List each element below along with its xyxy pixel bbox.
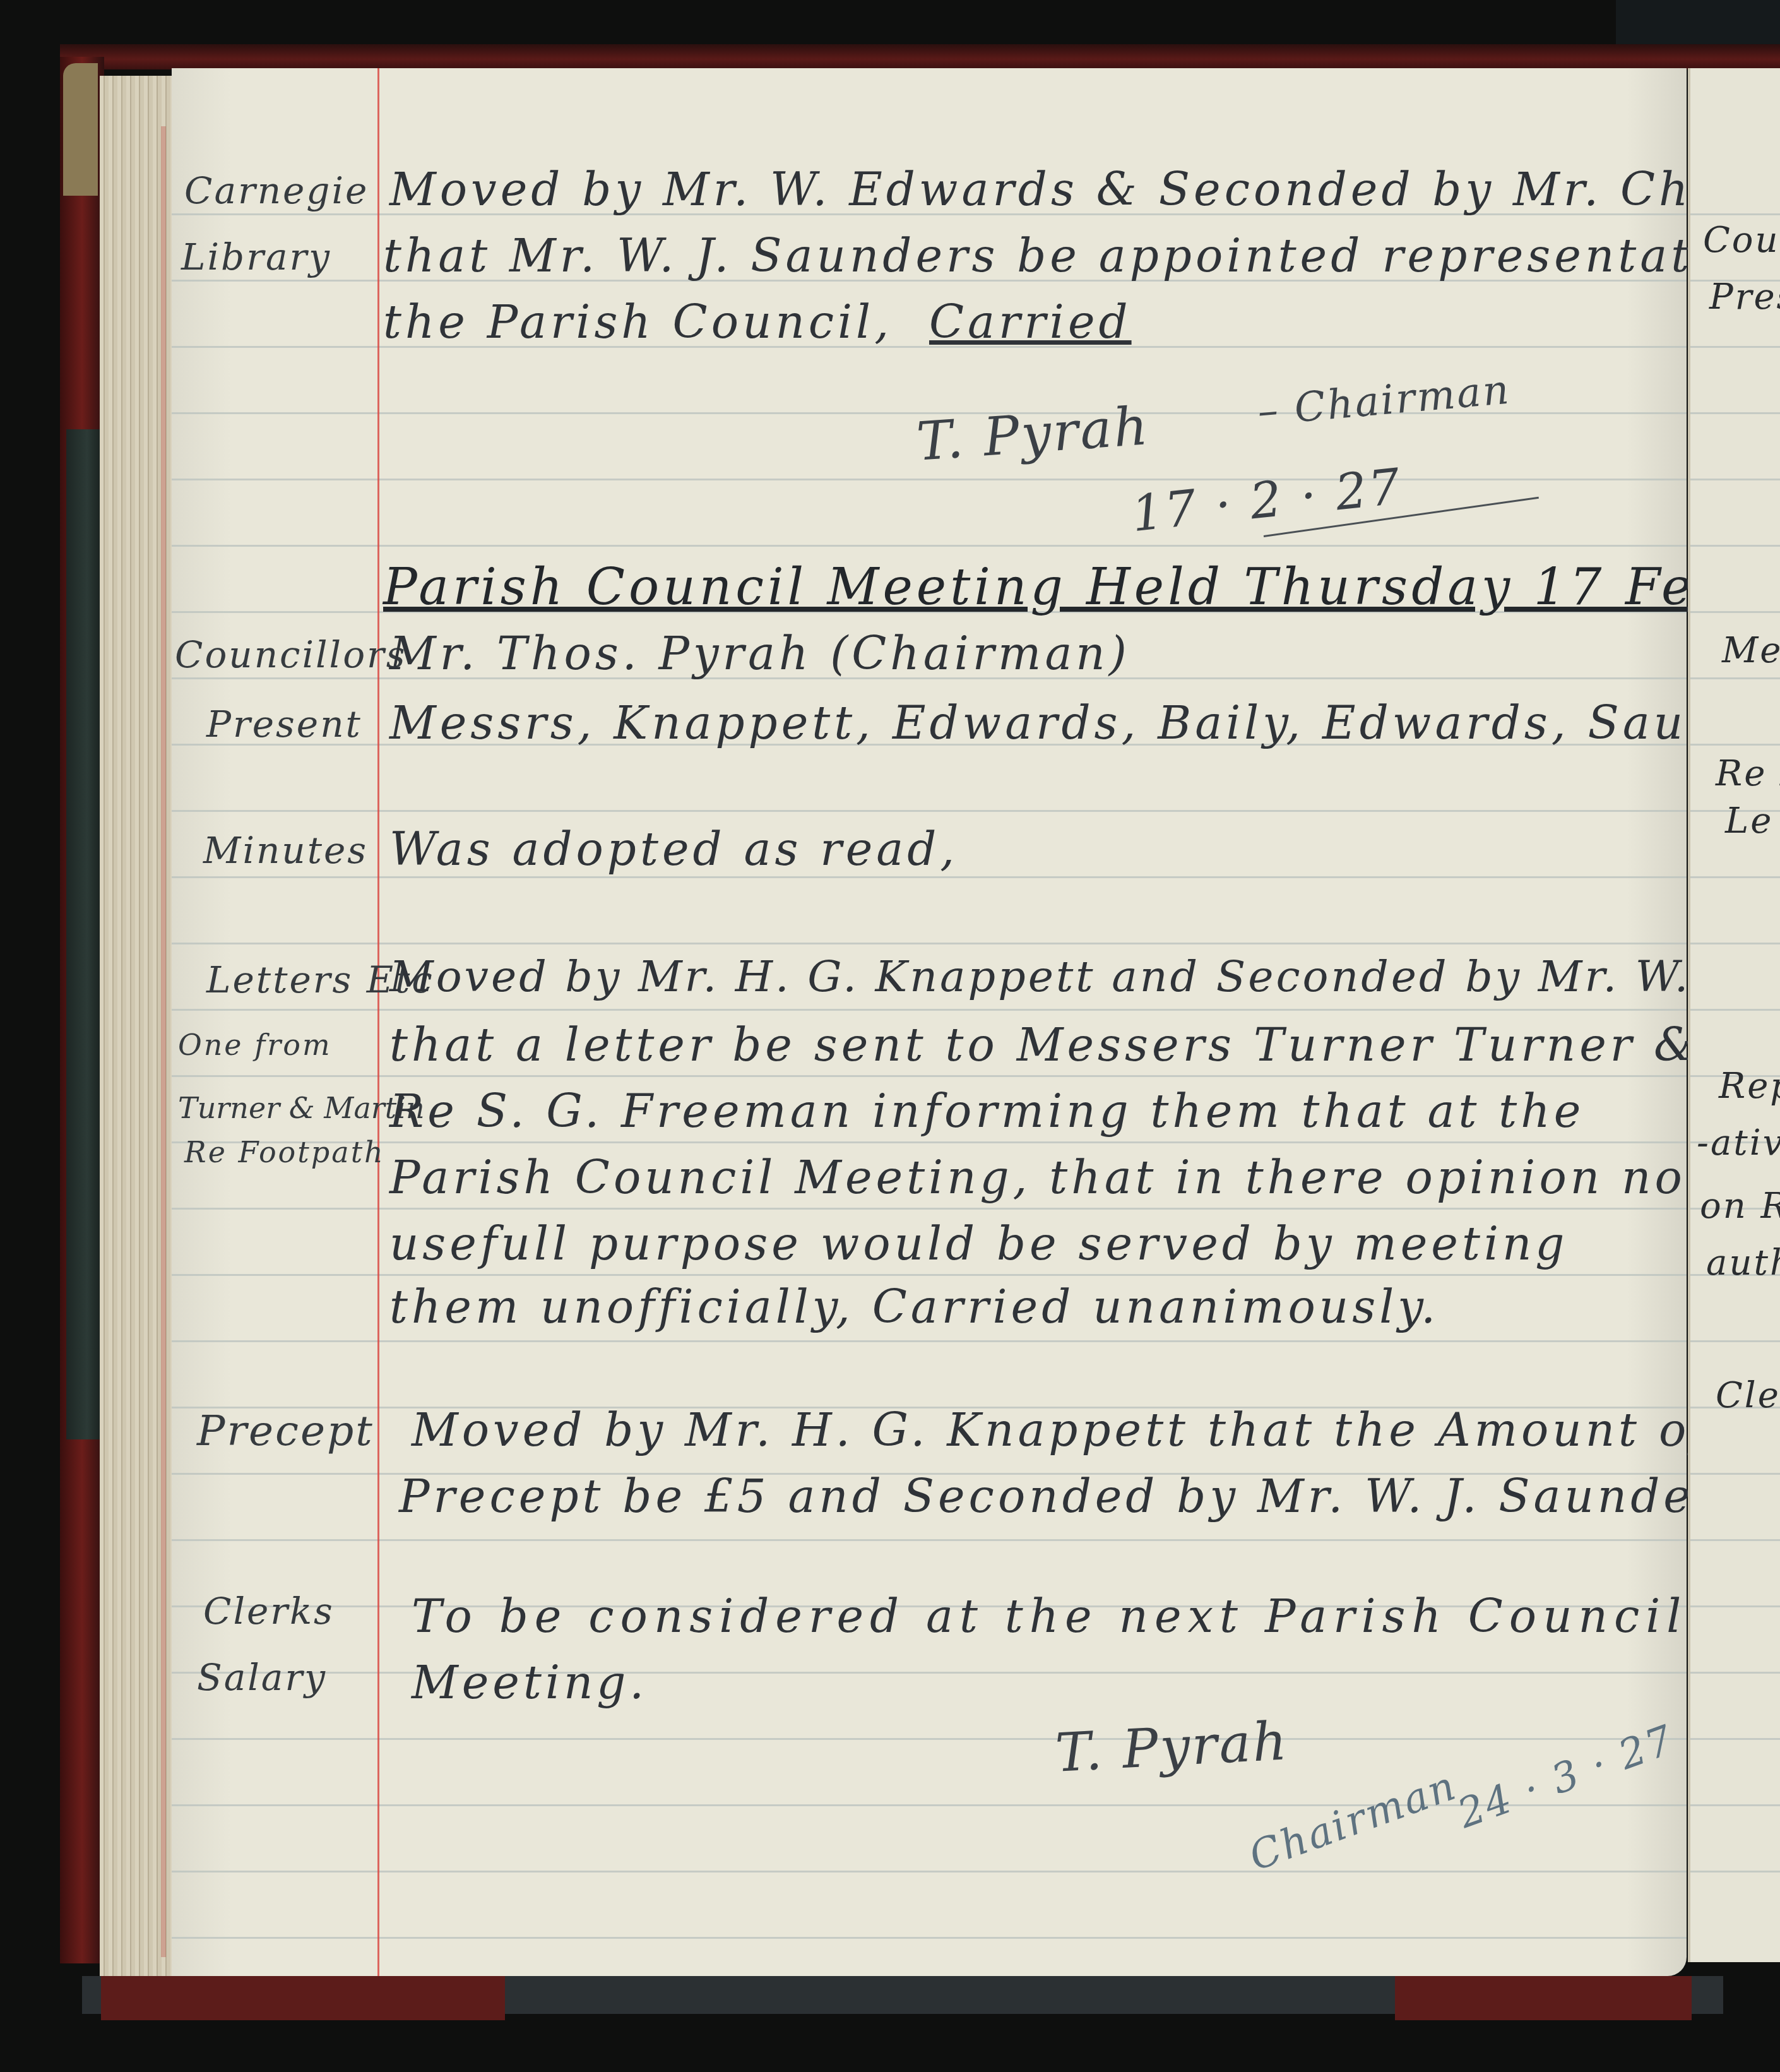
facing-fragment: Prese — [1709, 277, 1780, 318]
minute-line: Re S. G. Freeman informing them that at … — [389, 1085, 1584, 1138]
minute-line: that Mr. W. J. Saunders be appointed rep… — [383, 229, 1780, 282]
ruled-line — [172, 1340, 1687, 1342]
ruled-line — [1690, 1804, 1780, 1806]
councillor-chairman: Mr. Thos. Pyrah (Chairman) — [389, 627, 1130, 680]
ruled-line — [1690, 346, 1780, 348]
chairman-title: – Chairman — [1256, 367, 1513, 436]
facing-fragment: Le — [1725, 801, 1773, 842]
result-carried: Carried — [929, 295, 1132, 348]
margin-label-councillors: Councillors — [175, 633, 407, 676]
minute-line: To be considered at the next Parish Coun… — [412, 1590, 1687, 1643]
cover-leather-bottom-left — [101, 1976, 505, 2020]
minute-line: Moved by Mr. W. Edwards & Seconded by Mr… — [389, 163, 1780, 216]
ruled-line — [172, 1672, 1687, 1674]
cover-worn-corner — [63, 63, 98, 196]
facing-fragment: Me — [1722, 630, 1780, 671]
ruled-line — [172, 1937, 1687, 1939]
minute-line: that a letter be sent to Messers Turner … — [389, 1018, 1780, 1071]
ruled-line — [1690, 1672, 1780, 1674]
minute-line: Parish Council Meeting, that in there op… — [389, 1151, 1686, 1204]
facing-fragment: Cler — [1716, 1375, 1780, 1416]
minute-line: usefull purpose would be served by meeti… — [389, 1217, 1568, 1270]
ruled-line — [1690, 1009, 1780, 1011]
facing-fragment: Re F — [1716, 753, 1780, 794]
ruled-line — [1690, 943, 1780, 944]
ruled-line — [172, 943, 1687, 944]
margin-label-carnegie: Carnegie — [184, 169, 369, 212]
ruled-line — [1690, 1738, 1780, 1740]
cover-spine-top — [60, 44, 1780, 69]
facing-fragment: Repre — [1719, 1066, 1780, 1107]
ruled-line — [1690, 412, 1780, 414]
ruled-line — [172, 1075, 1687, 1077]
page-edges-red-stain — [161, 126, 166, 1957]
ruled-line — [1690, 1605, 1780, 1607]
margin-label-precept: Precept — [197, 1407, 374, 1455]
margin-label-present: Present — [206, 703, 362, 746]
minute-line: Precept be £5 and Seconded by Mr. W. J. … — [399, 1470, 1765, 1523]
ruled-line — [1690, 213, 1780, 215]
ruled-line — [1690, 545, 1780, 547]
margin-label-minutes: Minutes — [203, 829, 368, 872]
minutes-text: Was adopted as read, — [389, 823, 958, 876]
ruled-line — [172, 810, 1687, 812]
ruled-line — [172, 876, 1687, 878]
minute-line: Moved by Mr. H. G. Knappett and Seconded… — [389, 952, 1780, 1002]
ruled-line — [1690, 1539, 1780, 1541]
minute-line: Moved by Mr. H. G. Knappett that the Amo… — [412, 1403, 1711, 1456]
cover-leather-bottom-right — [1395, 1976, 1692, 2020]
minute-line: them unofficially, Carried unanimously. — [389, 1280, 1439, 1333]
facing-fragment: -ativ — [1697, 1122, 1780, 1164]
meeting-header: Parish Council Meeting Held Thursday 17 … — [383, 557, 1780, 616]
ruled-line — [1690, 876, 1780, 878]
ruled-line — [172, 1141, 1687, 1143]
ruled-line — [1690, 479, 1780, 480]
facing-fragment: on Rat — [1700, 1186, 1780, 1227]
ruled-line — [172, 1009, 1687, 1011]
facing-page-edge: Counci Prese Me Re F Le Repre -ativ on R… — [1688, 68, 1780, 1962]
margin-label-re-footpath: Re Footpath — [184, 1135, 385, 1169]
ruled-line — [172, 545, 1687, 547]
ruled-line — [172, 1274, 1687, 1276]
ruled-line — [1690, 744, 1780, 746]
ruled-line — [1690, 1340, 1780, 1342]
signature-date: 17 · 2 · 27 — [1129, 458, 1404, 543]
minute-book-page: Carnegie Library Moved by Mr. W. Edwards… — [172, 68, 1687, 1976]
margin-label-salary: Salary — [197, 1656, 327, 1699]
ruled-line — [172, 1871, 1687, 1873]
minute-line: the Parish Council, — [383, 295, 893, 348]
cover-cloth-left — [66, 429, 101, 1439]
facing-fragment: autho — [1706, 1242, 1780, 1283]
ruled-line — [172, 1738, 1687, 1740]
margin-label-clerks: Clerks — [203, 1590, 335, 1633]
councillors-list: Messrs, Knappett, Edwards, Baily, Edward… — [389, 696, 1780, 749]
margin-label-library: Library — [181, 235, 331, 278]
signature-date: 24 · 3 · 27 — [1452, 1717, 1680, 1838]
red-margin-rule — [377, 68, 379, 1976]
chairman-signature: T. Pyrah — [915, 395, 1151, 473]
margin-label-one-from: One from — [178, 1028, 332, 1062]
ruled-line — [1690, 1473, 1780, 1475]
ruled-line — [172, 479, 1687, 480]
ruled-line — [172, 1539, 1687, 1541]
chairman-signature: T. Pyrah — [1054, 1710, 1290, 1783]
ruled-line — [1690, 1871, 1780, 1873]
facing-fragment: Counci — [1703, 220, 1780, 261]
margin-label-turner-martin: Turner & Martin — [178, 1091, 425, 1125]
chairman-title: Chairman — [1243, 1762, 1463, 1880]
ruled-line — [1690, 611, 1780, 613]
ruled-line — [1690, 677, 1780, 679]
minute-line: Meeting. — [412, 1656, 648, 1709]
ruled-line — [172, 1208, 1687, 1210]
